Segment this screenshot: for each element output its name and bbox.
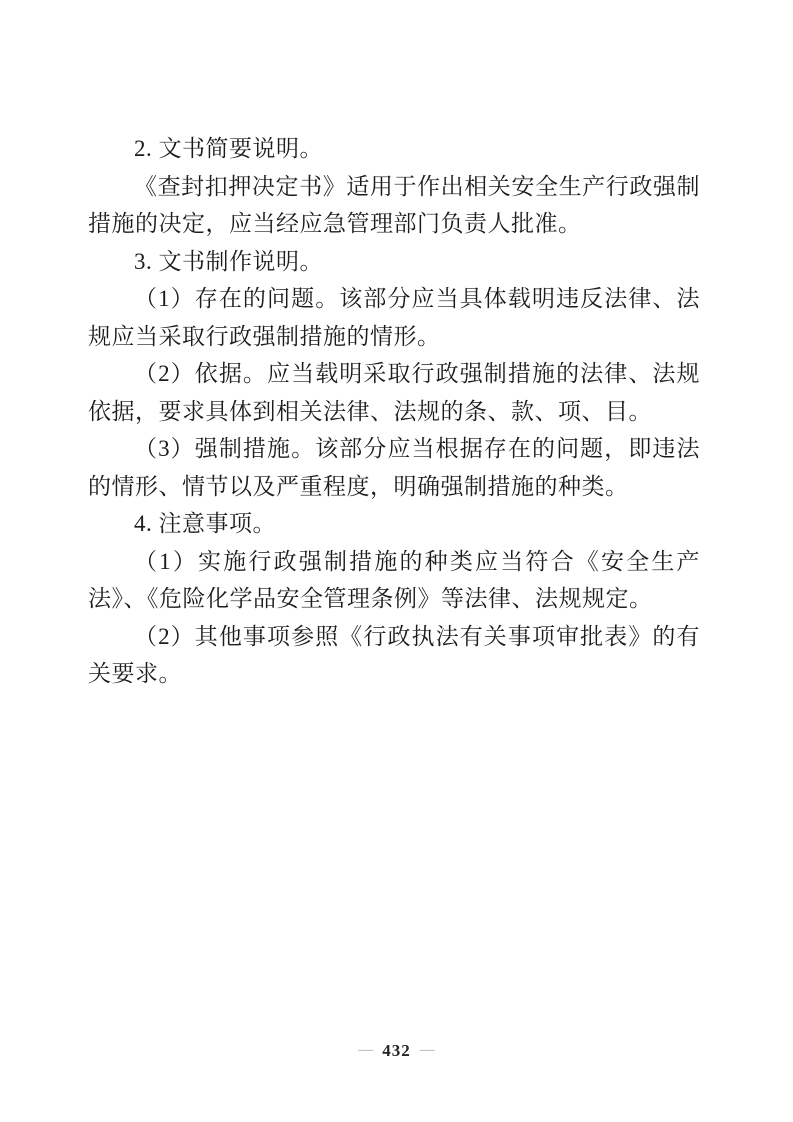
footer-dash-left: — xyxy=(358,1042,373,1058)
page-footer: —432— xyxy=(0,1040,793,1063)
document-body: 2. 文书简要说明。 《查封扣押决定书》适用于作出相关安全生产行政强制措施的决定… xyxy=(88,130,700,693)
paragraph-section-3-heading: 3. 文书制作说明。 xyxy=(88,243,700,281)
paragraph-item-2-basis: （2）依据。应当载明采取行政强制措施的法律、法规依据，要求具体到相关法律、法规的… xyxy=(88,355,700,430)
footer-dash-right: — xyxy=(420,1042,435,1058)
paragraph-item-3-measures: （3）强制措施。该部分应当根据存在的问题，即违法的情形、情节以及严重程度，明确强… xyxy=(88,430,700,505)
paragraph-note-2: （2）其他事项参照《行政执法有关事项审批表》的有关要求。 xyxy=(88,618,700,693)
paragraph-item-1-problems: （1）存在的问题。该部分应当具体载明违反法律、法规应当采取行政强制措施的情形。 xyxy=(88,280,700,355)
paragraph-note-1: （1）实施行政强制措施的种类应当符合《安全生产法》、《危险化学品安全管理条例》等… xyxy=(88,543,700,618)
paragraph-document-usage: 《查封扣押决定书》适用于作出相关安全生产行政强制措施的决定，应当经应急管理部门负… xyxy=(88,168,700,243)
paragraph-section-4-heading: 4. 注意事项。 xyxy=(88,505,700,543)
paragraph-section-2-heading: 2. 文书简要说明。 xyxy=(88,130,700,168)
document-page: 2. 文书简要说明。 《查封扣押决定书》适用于作出相关安全生产行政强制措施的决定… xyxy=(0,0,793,1122)
page-number: 432 xyxy=(382,1041,411,1060)
